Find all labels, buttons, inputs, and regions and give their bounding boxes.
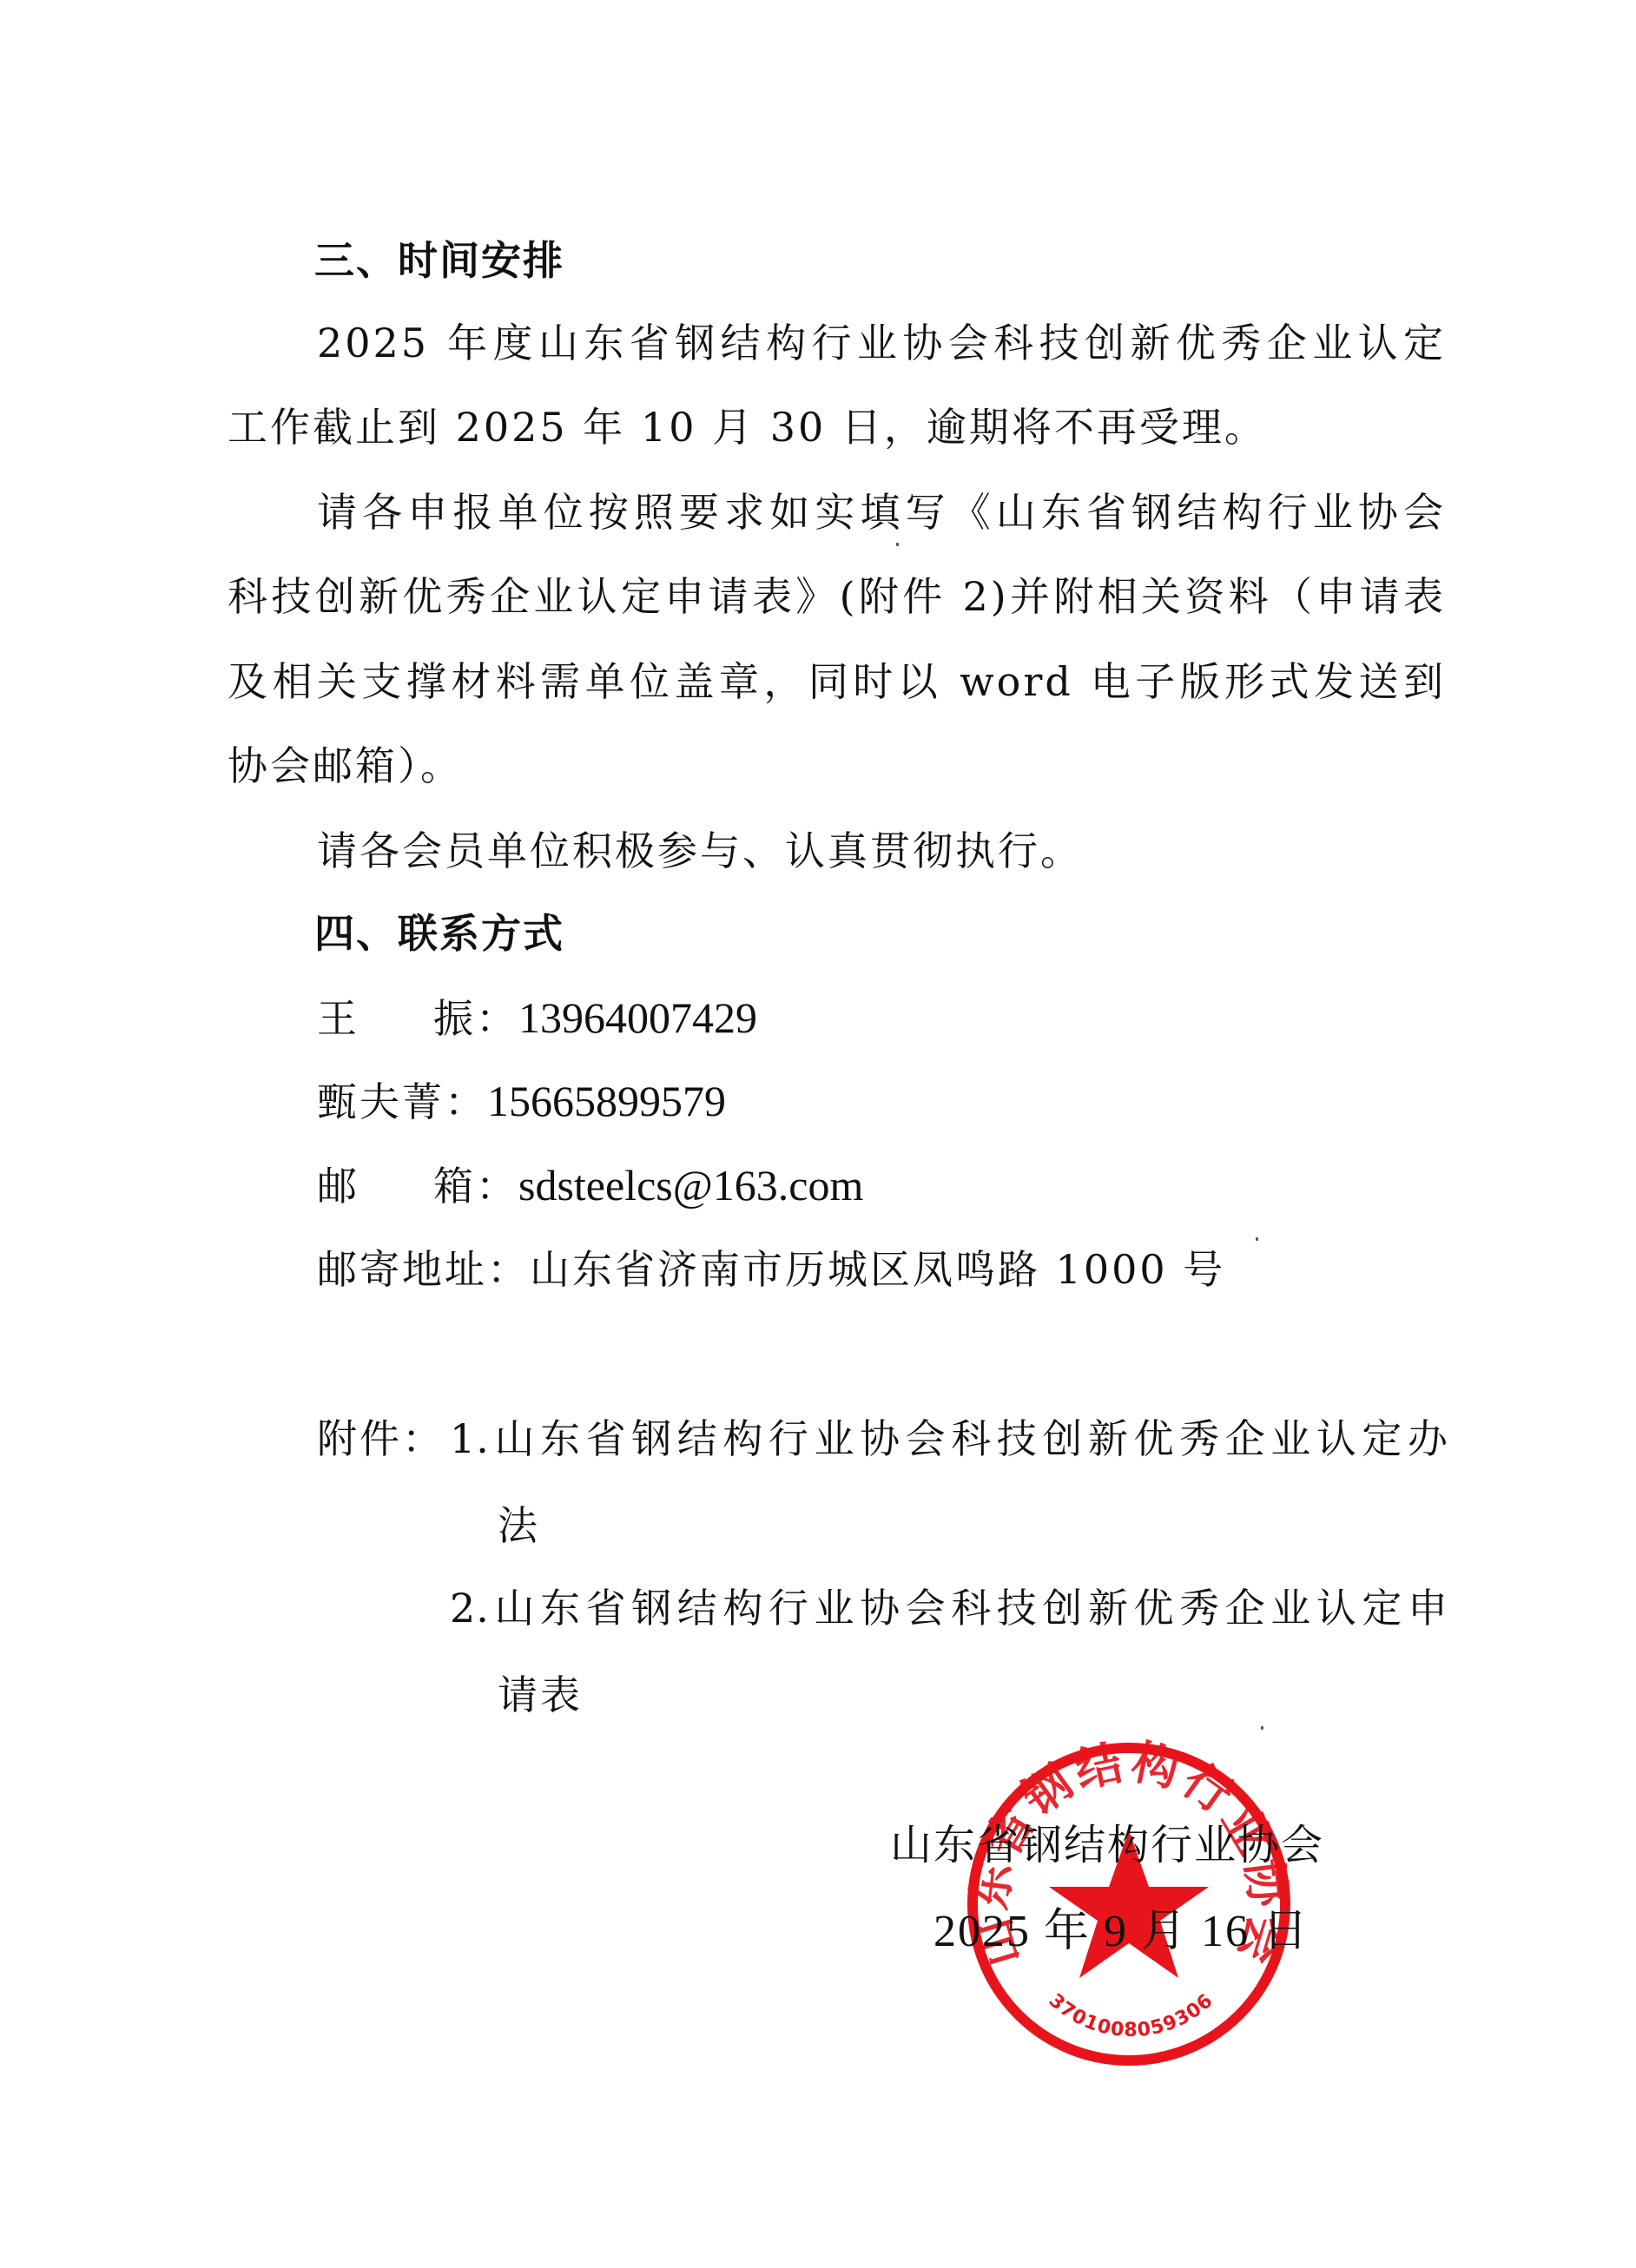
scan-speck <box>1261 1726 1263 1730</box>
contact-phone: 15665899579 <box>487 1077 726 1125</box>
contact-phone: 13964007429 <box>518 993 757 1042</box>
attachment-item-1-line-1: 1.山东省钢结构行业协会科技创新优秀企业认定办 <box>450 1413 1448 1465</box>
paragraph-participation: 请各会员单位积极参与、认真贯彻执行。 <box>317 825 1083 877</box>
seal-registration-code: 3701008059306 <box>1045 1989 1217 2041</box>
signature-date: 2025 年 9 月 16 日 <box>933 1906 1309 1958</box>
signature-organization: 山东省钢结构行业协会 <box>890 1819 1324 1871</box>
attachments-label: 附件： <box>317 1413 445 1465</box>
address-value: 山东省济南市历城区凤鸣路 1000 号 <box>530 1246 1225 1293</box>
contact-row-email: 邮箱：sdsteelcs@163.com <box>317 1159 863 1211</box>
contact-name: 甄夫菁： <box>317 1078 487 1125</box>
paragraph-deadline-line-2: 工作截止到 2025 年 10 月 30 日，逾期将不再受理。 <box>228 401 1267 453</box>
email-label-part-1: 邮 <box>317 1163 360 1210</box>
contact-row-address: 邮寄地址：山东省济南市历城区凤鸣路 1000 号 <box>317 1243 1225 1296</box>
scan-speck <box>896 543 899 546</box>
contact-name-part-2: 振： <box>433 995 518 1042</box>
attachment-item-1-line-2: 法 <box>498 1500 540 1552</box>
document-page: 三、时间安排 2025 年度山东省钢结构行业协会科技创新优秀企业认定 工作截止到… <box>0 0 1636 2268</box>
paragraph-application-line-4: 协会邮箱）。 <box>228 740 463 792</box>
paragraph-deadline-line-1: 2025 年度山东省钢结构行业协会科技创新优秀企业认定 <box>317 317 1446 369</box>
contact-row-zhen-fujing: 甄夫菁：15665899579 <box>317 1075 726 1127</box>
paragraph-application-line-2: 科技创新优秀企业认定申请表》(附件 2)并附相关资料（申请表 <box>228 570 1446 623</box>
section-heading-contact: 四、联系方式 <box>314 907 564 959</box>
contact-name-part-1: 王 <box>317 995 360 1042</box>
attachment-item-2-line-2: 请表 <box>498 1669 583 1721</box>
paragraph-application-line-1: 请各申报单位按照要求如实填写《山东省钢结构行业协会 <box>317 486 1446 538</box>
contact-email-link[interactable]: sdsteelcs@163.com <box>518 1161 863 1210</box>
email-label-part-2: 箱： <box>433 1163 518 1210</box>
paragraph-application-line-3: 及相关支撑材料需单位盖章，同时以 word 电子版形式发送到 <box>228 656 1446 708</box>
attachment-item-2-line-1: 2.山东省钢结构行业协会科技创新优秀企业认定申 <box>450 1582 1448 1634</box>
section-heading-schedule: 三、时间安排 <box>314 234 564 287</box>
contact-row-wang-zhen: 王振：13964007429 <box>317 992 757 1044</box>
scan-speck <box>1256 1237 1258 1241</box>
address-label: 邮寄地址： <box>317 1246 530 1293</box>
official-seal-stamp: 山东省钢结构行业协会 3701008059306 <box>960 1735 1298 2074</box>
